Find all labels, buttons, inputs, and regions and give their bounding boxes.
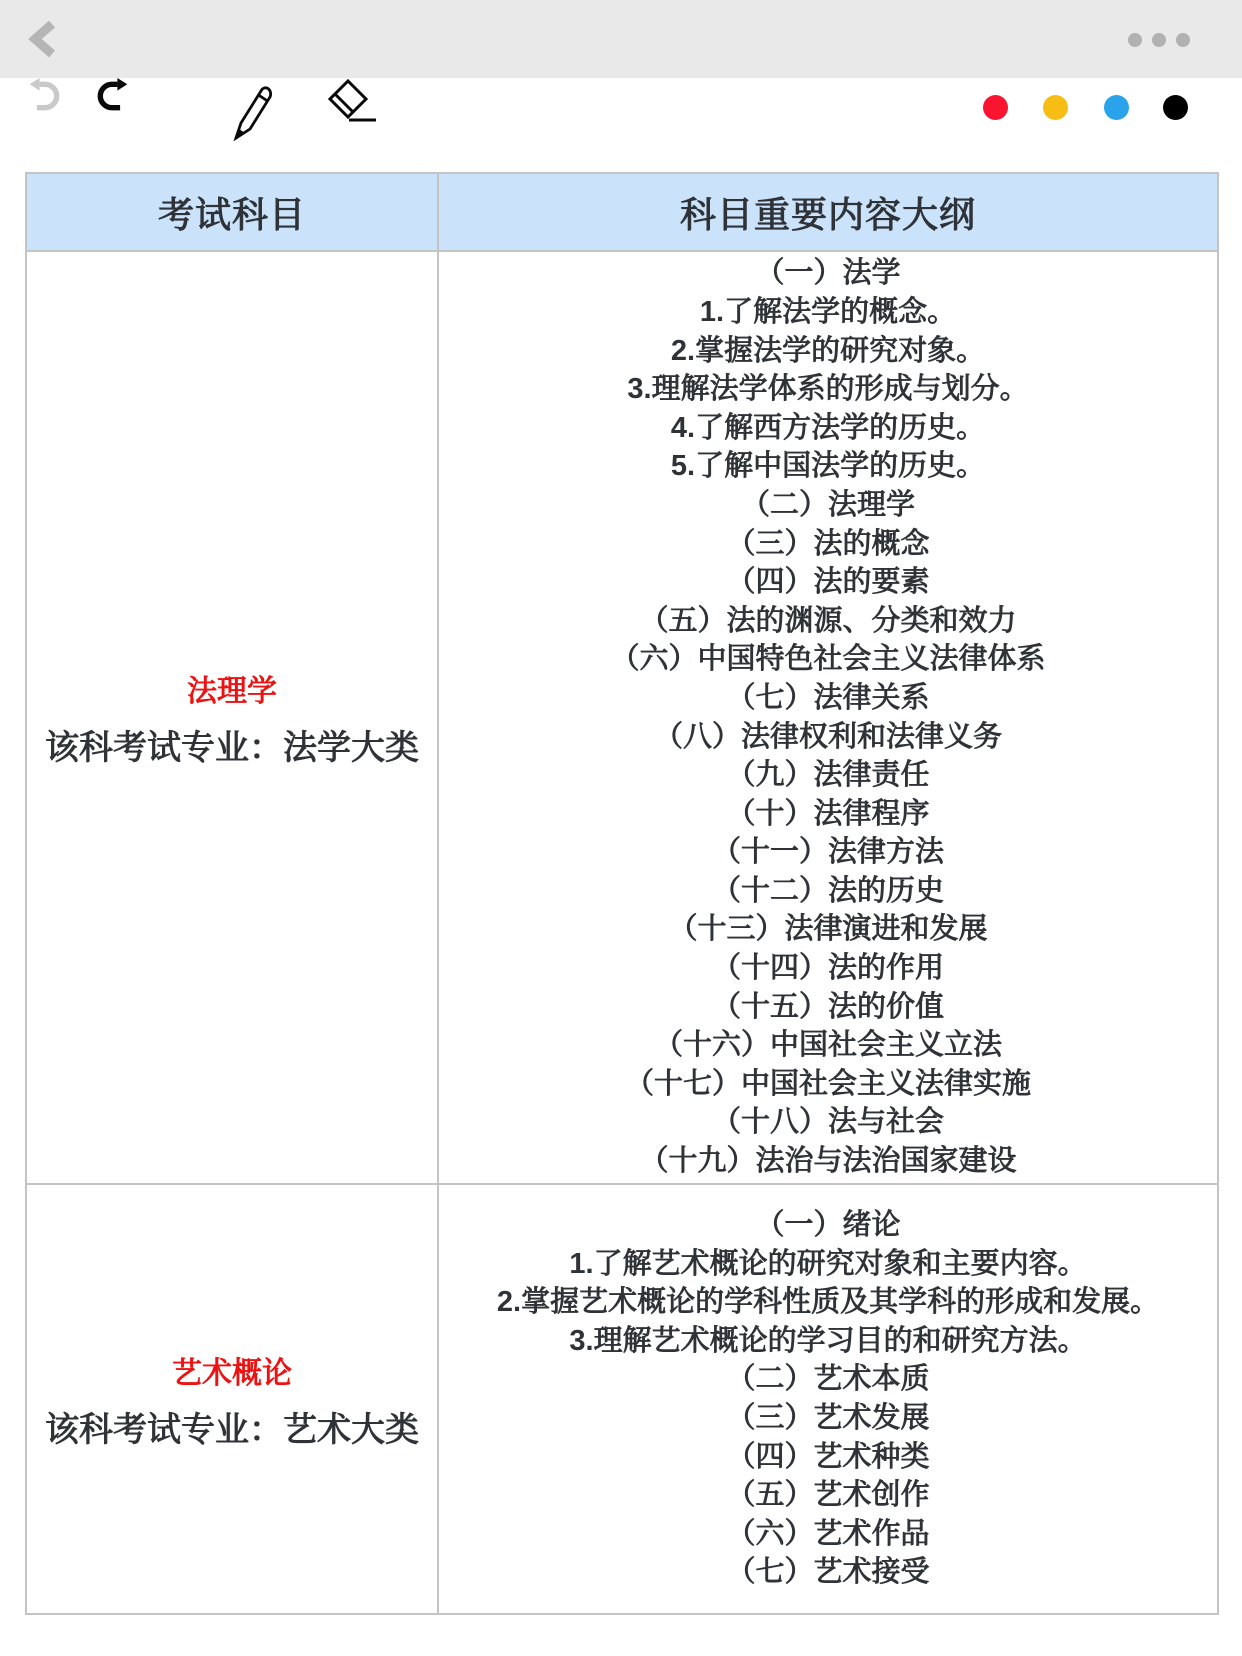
outline-line: （三）艺术发展 [439,1399,1217,1438]
column-header-subject: 考试科目 [26,173,438,251]
ellipsis-icon [1176,33,1190,47]
ellipsis-icon [1128,33,1142,47]
outline-line: （十五）法的价值 [439,988,1217,1027]
drawing-toolbar [0,78,1242,172]
outline-line: （十六）中国社会主义立法 [439,1026,1217,1065]
outline-line: 2.掌握法学的研究对象。 [439,332,1217,371]
subject-cell: 艺术概论 该科考试专业：艺术大类 [26,1184,438,1614]
outline-line: （一）法学 [439,254,1217,293]
top-navigation-bar [0,0,1242,78]
outline-cell: （一）绪论1.了解艺术概论的研究对象和主要内容。2.掌握艺术概论的学科性质及其学… [438,1184,1218,1614]
outline-line: （七）法律关系 [439,679,1217,718]
subject-major: 该科考试专业：法学大类 [27,720,437,769]
table-row: 法理学 该科考试专业：法学大类 （一）法学1.了解法学的概念。2.掌握法学的研究… [26,251,1218,1184]
subject-name: 艺术概论 [27,1348,437,1392]
column-header-outline: 科目重要内容大纲 [438,173,1218,251]
outline-cell: （一）法学1.了解法学的概念。2.掌握法学的研究对象。3.理解法学体系的形成与划… [438,251,1218,1184]
outline-line: （十七）中国社会主义法律实施 [439,1065,1217,1104]
color-swatch-red[interactable] [983,95,1008,120]
note-content: 考试科目 科目重要内容大纲 法理学 该科考试专业：法学大类 （一）法学1.了解法… [0,172,1242,1615]
undo-arrow-icon [26,78,64,114]
chevron-left-icon [26,20,62,58]
outline-line: （八）法律权利和法律义务 [439,718,1217,757]
table-header-row: 考试科目 科目重要内容大纲 [26,173,1218,251]
exam-subjects-table: 考试科目 科目重要内容大纲 法理学 该科考试专业：法学大类 （一）法学1.了解法… [25,172,1219,1615]
redo-arrow-icon [93,78,131,114]
outline-line: （十九）法治与法治国家建设 [439,1142,1217,1181]
subject-major: 该科考试专业：艺术大类 [27,1402,437,1451]
redo-button[interactable] [93,78,131,117]
outline-line: （二）法理学 [439,486,1217,525]
subject-name: 法理学 [27,666,437,710]
subject-cell: 法理学 该科考试专业：法学大类 [26,251,438,1184]
outline-line: （一）绪论 [439,1206,1217,1245]
back-button[interactable] [26,20,62,58]
outline-line: （六）艺术作品 [439,1515,1217,1554]
notes-app-screen: 考试科目 科目重要内容大纲 法理学 该科考试专业：法学大类 （一）法学1.了解法… [0,0,1242,1615]
outline-line: （十）法律程序 [439,795,1217,834]
outline-line: 2.掌握艺术概论的学科性质及其学科的形成和发展。 [439,1283,1217,1322]
outline-line: （二）艺术本质 [439,1360,1217,1399]
color-swatch-black[interactable] [1163,95,1188,120]
outline-line: （五）法的渊源、分类和效力 [439,602,1217,641]
outline-line: （十一）法律方法 [439,833,1217,872]
outline-line: （三）法的概念 [439,525,1217,564]
outline-line: 1.了解法学的概念。 [439,293,1217,332]
table-row: 艺术概论 该科考试专业：艺术大类 （一）绪论1.了解艺术概论的研究对象和主要内容… [26,1184,1218,1614]
outline-line: （五）艺术创作 [439,1476,1217,1515]
outline-line: （四）艺术种类 [439,1438,1217,1477]
outline-line: 3.理解法学体系的形成与划分。 [439,370,1217,409]
color-swatch-blue[interactable] [1104,95,1129,120]
eraser-icon [326,78,376,126]
outline-line: （十三）法律演进和发展 [439,910,1217,949]
color-swatch-yellow[interactable] [1043,95,1068,120]
undo-button[interactable] [26,78,64,117]
pen-tool-button[interactable] [226,78,274,149]
ellipsis-icon [1152,33,1166,47]
outline-line: （十四）法的作用 [439,949,1217,988]
outline-line: （十二）法的历史 [439,872,1217,911]
more-options-button[interactable] [1128,30,1190,50]
outline-line: （四）法的要素 [439,563,1217,602]
outline-line: （七）艺术接受 [439,1553,1217,1592]
outline-line: 1.了解艺术概论的研究对象和主要内容。 [439,1245,1217,1284]
eraser-tool-button[interactable] [326,78,376,129]
outline-line: 5.了解中国法学的历史。 [439,447,1217,486]
pencil-icon [226,78,274,146]
outline-line: （九）法律责任 [439,756,1217,795]
outline-line: 3.理解艺术概论的学习目的和研究方法。 [439,1322,1217,1361]
outline-line: 4.了解西方法学的历史。 [439,409,1217,448]
outline-line: （十八）法与社会 [439,1103,1217,1142]
outline-line: （六）中国特色社会主义法律体系 [439,640,1217,679]
